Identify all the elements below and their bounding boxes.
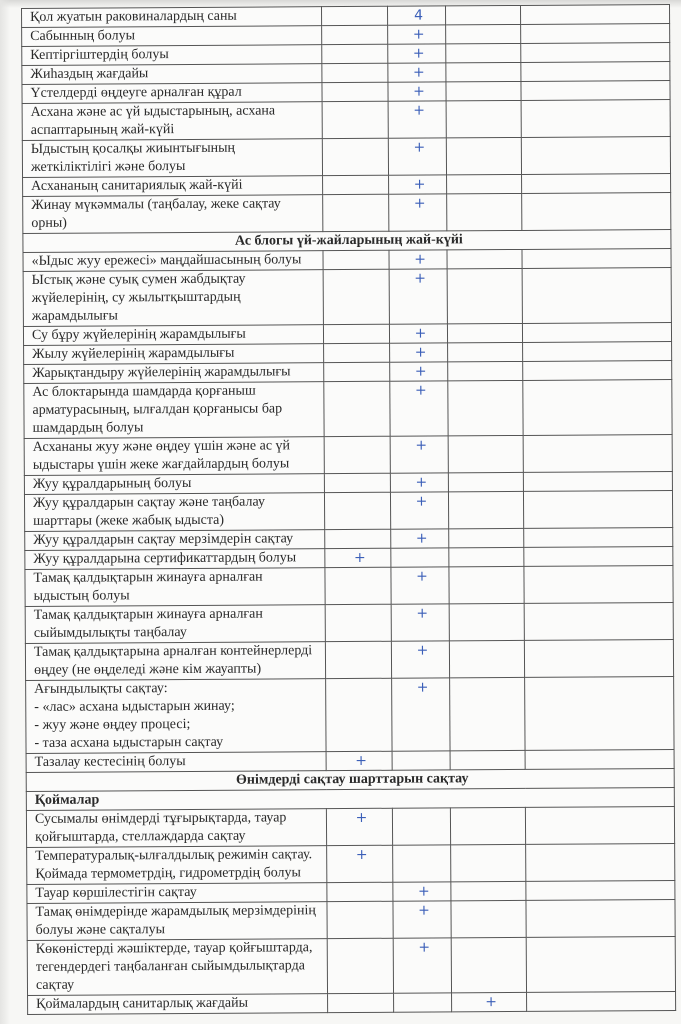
- criterion-text: Ыстық және суық сумен жабдықтау жүйелері…: [23, 270, 323, 327]
- criterion-text: Тамақ өнімдерінде жарамдылық мерзімдерін…: [27, 902, 327, 941]
- mark-cell-col-3: [450, 750, 525, 769]
- mark-cell-col-4: [524, 547, 673, 567]
- mark-cell-col-3: [448, 491, 523, 528]
- mark-cell-col-2: +: [389, 194, 447, 231]
- mark-cell-col-4: [525, 677, 674, 751]
- criterion-text: Жуу құралдарын сақтау мерзімдерін сақтау: [25, 530, 325, 551]
- criterion-text: Жуу құралдарының болуы: [24, 474, 324, 495]
- checklist-row: Тамақ өнімдерінде жарамдылық мерзімдерін…: [27, 900, 675, 941]
- criterion-text: Асхана және ас үй ыдыстарының, асхана ас…: [22, 102, 322, 141]
- criterion-text: Ыдыстың қосалқы жиынтығының жеткіліктілі…: [22, 139, 322, 178]
- criterion-text: Жуу құралдарын сақтау және таңбалау шарт…: [24, 493, 324, 532]
- mark-cell-col-1: [321, 6, 387, 25]
- mark-cell-col-4: [522, 268, 671, 324]
- criterion-text: Тамақ қалдықтарын жинауға арналған сыйым…: [25, 605, 325, 644]
- mark-cell-col-1: [328, 993, 394, 1012]
- mark-cell-col-3: +: [452, 992, 527, 1011]
- mark-cell-col-2: +: [390, 492, 448, 529]
- mark-cell-col-2: +: [391, 641, 449, 678]
- mark-cell-col-2: +: [388, 25, 446, 44]
- criterion-text: Асхананы жуу және өңдеу үшін және ас үй …: [24, 437, 324, 476]
- mark-cell-col-3: [449, 528, 524, 547]
- mark-cell-col-2: +: [390, 343, 448, 362]
- mark-cell-col-3: [447, 174, 522, 193]
- mark-cell-col-4: [526, 844, 675, 882]
- mark-cell-col-2: +: [391, 604, 449, 641]
- mark-cell-col-3: [450, 807, 525, 844]
- checklist-row: Асхананы жуу және өңдеу үшін және ас үй …: [24, 435, 672, 476]
- mark-cell-col-1: [325, 641, 391, 678]
- mark-cell-col-4: [523, 435, 672, 473]
- mark-cell-col-1: [325, 604, 391, 641]
- checklist-row: Асхана және ас үй ыдыстарының, асхана ас…: [22, 100, 670, 141]
- mark-cell-col-1: [327, 938, 393, 993]
- inspection-checklist-table: Қол жуатын раковиналардың саны4Сабынның …: [21, 4, 676, 1015]
- mark-cell-col-2: +: [388, 101, 446, 138]
- mark-cell-col-1: [327, 882, 393, 901]
- mark-cell-col-1: [322, 101, 388, 138]
- mark-cell-col-1: [323, 175, 389, 194]
- mark-cell-col-4: [524, 603, 673, 641]
- mark-cell-col-2: [391, 548, 449, 567]
- mark-cell-col-2: +: [389, 269, 447, 324]
- mark-cell-col-3: [448, 380, 523, 435]
- mark-cell-col-3: [448, 472, 523, 491]
- criterion-text: «Ыдыс жуу ережесі» маңдайшасының болуы: [23, 251, 323, 272]
- mark-cell-col-2: +: [390, 473, 448, 492]
- mark-cell-col-4: [526, 881, 675, 901]
- criterion-text: Тауар көршілестігін сақтау: [27, 883, 327, 904]
- mark-cell-col-1: [324, 436, 390, 473]
- mark-cell-col-2: +: [388, 44, 446, 63]
- mark-cell-col-1: [323, 269, 389, 324]
- mark-cell-col-2: +: [393, 901, 451, 938]
- criterion-text: Температуралық-ылғалдылық режимін сақтау…: [27, 846, 327, 885]
- mark-cell-col-2: [392, 751, 450, 770]
- mark-cell-col-3: [447, 193, 522, 230]
- mark-cell-col-4: [520, 5, 669, 25]
- checklist-row: Сусымалы өнімдерді тұғырықтарда, тауар қ…: [26, 807, 674, 848]
- mark-cell-col-3: [446, 100, 521, 137]
- criterion-text: Жуу құралдарына сертификаттардың болуы: [25, 549, 325, 570]
- mark-cell-col-2: +: [393, 938, 451, 993]
- mark-cell-col-1: [326, 678, 392, 751]
- mark-cell-col-1: +: [325, 548, 391, 567]
- checklist-row: Температуралық-ылғалдылық режимін сақтау…: [27, 844, 675, 885]
- mark-cell-col-3: [448, 342, 523, 361]
- mark-cell-col-1: [324, 492, 390, 529]
- criterion-text: Тазалау кестесінің болуы: [26, 752, 326, 773]
- mark-cell-col-3: [446, 137, 521, 174]
- criterion-text: Қоймалардың санитарлық жағдайы: [28, 994, 328, 1015]
- mark-cell-col-4: [523, 380, 672, 436]
- mark-cell-col-1: [322, 63, 388, 82]
- mark-cell-col-1: +: [326, 751, 392, 770]
- mark-cell-col-4: [522, 323, 671, 343]
- mark-cell-col-4: [521, 81, 670, 101]
- mark-cell-col-3: [449, 640, 524, 677]
- checklist-row: Жинау мүкәммалы (таңбалау, жеке сақтау о…: [23, 193, 671, 234]
- checklist-row: Тамақ қалдықтарына арналған контейнерлер…: [25, 640, 673, 681]
- mark-cell-col-2: +: [393, 882, 451, 901]
- mark-cell-col-4: [525, 807, 674, 845]
- mark-cell-col-1: [327, 901, 393, 938]
- mark-cell-col-4: [525, 750, 674, 770]
- mark-cell-col-1: [322, 44, 388, 63]
- mark-cell-col-4: [524, 566, 673, 604]
- mark-cell-col-4: [523, 361, 672, 381]
- criterion-text: Кептіргіштердің болуы: [22, 45, 322, 66]
- mark-cell-col-1: [322, 138, 388, 175]
- mark-cell-col-4: [523, 472, 672, 492]
- mark-cell-col-4: [524, 528, 673, 548]
- checklist-row: Тамақ қалдықтарын жинауға арналған ыдыст…: [25, 566, 673, 607]
- criterion-text: Жиһаздың жағдайы: [22, 64, 322, 85]
- mark-cell-col-2: +: [391, 529, 449, 548]
- checklist-row: Тамақ қалдықтарын жинауға арналған сыйым…: [25, 603, 673, 644]
- checklist-row: Ыстық және суық сумен жабдықтау жүйелері…: [23, 268, 671, 327]
- criterion-text: Асхананың санитариялық жай-күйі: [23, 176, 323, 197]
- mark-cell-col-2: 4: [387, 6, 445, 25]
- mark-cell-col-1: [323, 324, 389, 343]
- mark-cell-col-4: [521, 24, 670, 44]
- mark-cell-col-3: [448, 361, 523, 380]
- mark-cell-col-4: [521, 62, 670, 82]
- checklist-row: Ас блоктарында шамдарда қорғаныш арматур…: [24, 380, 672, 439]
- mark-cell-col-2: +: [389, 250, 447, 269]
- mark-cell-col-4: [526, 937, 675, 993]
- checklist-row: Жуу құралдарын сақтау және таңбалау шарт…: [24, 491, 672, 532]
- mark-cell-col-3: [449, 547, 524, 566]
- checklist-row: Қоймалардың санитарлық жағдайы+: [28, 992, 676, 1015]
- mark-cell-col-1: [322, 25, 388, 44]
- mark-cell-col-4: [522, 193, 671, 231]
- mark-cell-col-2: [394, 993, 452, 1012]
- criterion-text: Ағындылықты сақтау: - «лас» асхана ыдыст…: [26, 679, 326, 754]
- mark-cell-col-4: [524, 640, 673, 678]
- mark-cell-col-1: [324, 362, 390, 381]
- mark-cell-col-3: [451, 844, 526, 881]
- checklist-row: Көкөністерді жәшіктерде, тауар қойғыштар…: [27, 937, 675, 996]
- mark-cell-col-1: [324, 343, 390, 362]
- criterion-text: Жарықтандыру жүйелерінің жарамдылығы: [24, 363, 324, 384]
- mark-cell-col-4: [523, 491, 672, 529]
- mark-cell-col-2: +: [390, 381, 448, 436]
- mark-cell-col-4: [521, 100, 670, 138]
- criterion-text: Жинау мүкәммалы (таңбалау, жеке сақтау о…: [23, 195, 323, 234]
- mark-cell-col-4: [526, 900, 675, 938]
- criterion-text: Үстелдерді өңдеуге арналған құрал: [22, 83, 322, 104]
- mark-cell-col-2: +: [389, 175, 447, 194]
- checklist-row: Ағындылықты сақтау: - «лас» асхана ыдыст…: [26, 677, 674, 754]
- mark-cell-col-3: [451, 881, 526, 900]
- mark-cell-col-3: [446, 81, 521, 100]
- mark-cell-col-2: +: [390, 362, 448, 381]
- mark-cell-col-2: +: [388, 82, 446, 101]
- mark-cell-col-4: [522, 174, 671, 194]
- mark-cell-col-2: +: [389, 324, 447, 343]
- mark-cell-col-4: [522, 249, 671, 269]
- mark-cell-col-3: [446, 62, 521, 81]
- mark-cell-col-2: [393, 845, 451, 882]
- mark-cell-col-4: [527, 992, 676, 1012]
- mark-cell-col-4: [521, 137, 670, 175]
- mark-cell-col-1: [325, 567, 391, 604]
- mark-cell-col-1: [325, 529, 391, 548]
- mark-cell-col-3: [447, 268, 522, 323]
- mark-cell-col-2: [392, 808, 450, 845]
- criterion-text: Көкөністерді жәшіктерде, тауар қойғыштар…: [27, 939, 327, 996]
- mark-cell-col-3: [451, 937, 526, 992]
- criterion-text: Сабынның болуы: [22, 26, 322, 47]
- mark-cell-col-2: +: [388, 138, 446, 175]
- criterion-text: Су бұру жүйелерінің жарамдылығы: [23, 325, 323, 346]
- mark-cell-col-3: [447, 249, 522, 268]
- mark-cell-col-1: +: [327, 845, 393, 882]
- mark-cell-col-1: [324, 473, 390, 492]
- mark-cell-col-1: +: [326, 808, 392, 845]
- criterion-text: Сусымалы өнімдерді тұғырықтарда, тауар қ…: [26, 809, 326, 848]
- mark-cell-col-4: [523, 342, 672, 362]
- mark-cell-col-1: [322, 82, 388, 101]
- mark-cell-col-2: +: [392, 678, 450, 751]
- criterion-text: Жылу жүйелерінің жарамдылығы: [24, 344, 324, 365]
- mark-cell-col-1: [324, 381, 390, 436]
- mark-cell-col-2: +: [390, 436, 448, 473]
- mark-cell-col-2: +: [391, 567, 449, 604]
- criterion-text: Тамақ қалдықтарына арналған контейнерлер…: [25, 642, 325, 681]
- mark-cell-col-3: [447, 323, 522, 342]
- mark-cell-col-2: +: [388, 63, 446, 82]
- criterion-text: Ас блоктарында шамдарда қорғаныш арматур…: [24, 382, 324, 439]
- mark-cell-col-1: [323, 194, 389, 231]
- mark-cell-col-3: [446, 24, 521, 43]
- checklist-row: Ыдыстың қосалқы жиынтығының жеткіліктілі…: [22, 137, 670, 178]
- mark-cell-col-4: [521, 43, 670, 63]
- mark-cell-col-3: [448, 435, 523, 472]
- mark-cell-col-3: [449, 603, 524, 640]
- mark-cell-col-3: [450, 677, 525, 750]
- scan-edge: [0, 0, 10, 1024]
- criterion-text: Тамақ қалдықтарын жинауға арналған ыдыст…: [25, 568, 325, 607]
- criterion-text: Қол жуатын раковиналардың саны: [22, 7, 322, 28]
- mark-cell-col-3: [445, 5, 520, 24]
- mark-cell-col-3: [449, 566, 524, 603]
- mark-cell-col-1: [323, 250, 389, 269]
- mark-cell-col-3: [446, 43, 521, 62]
- mark-cell-col-3: [451, 900, 526, 937]
